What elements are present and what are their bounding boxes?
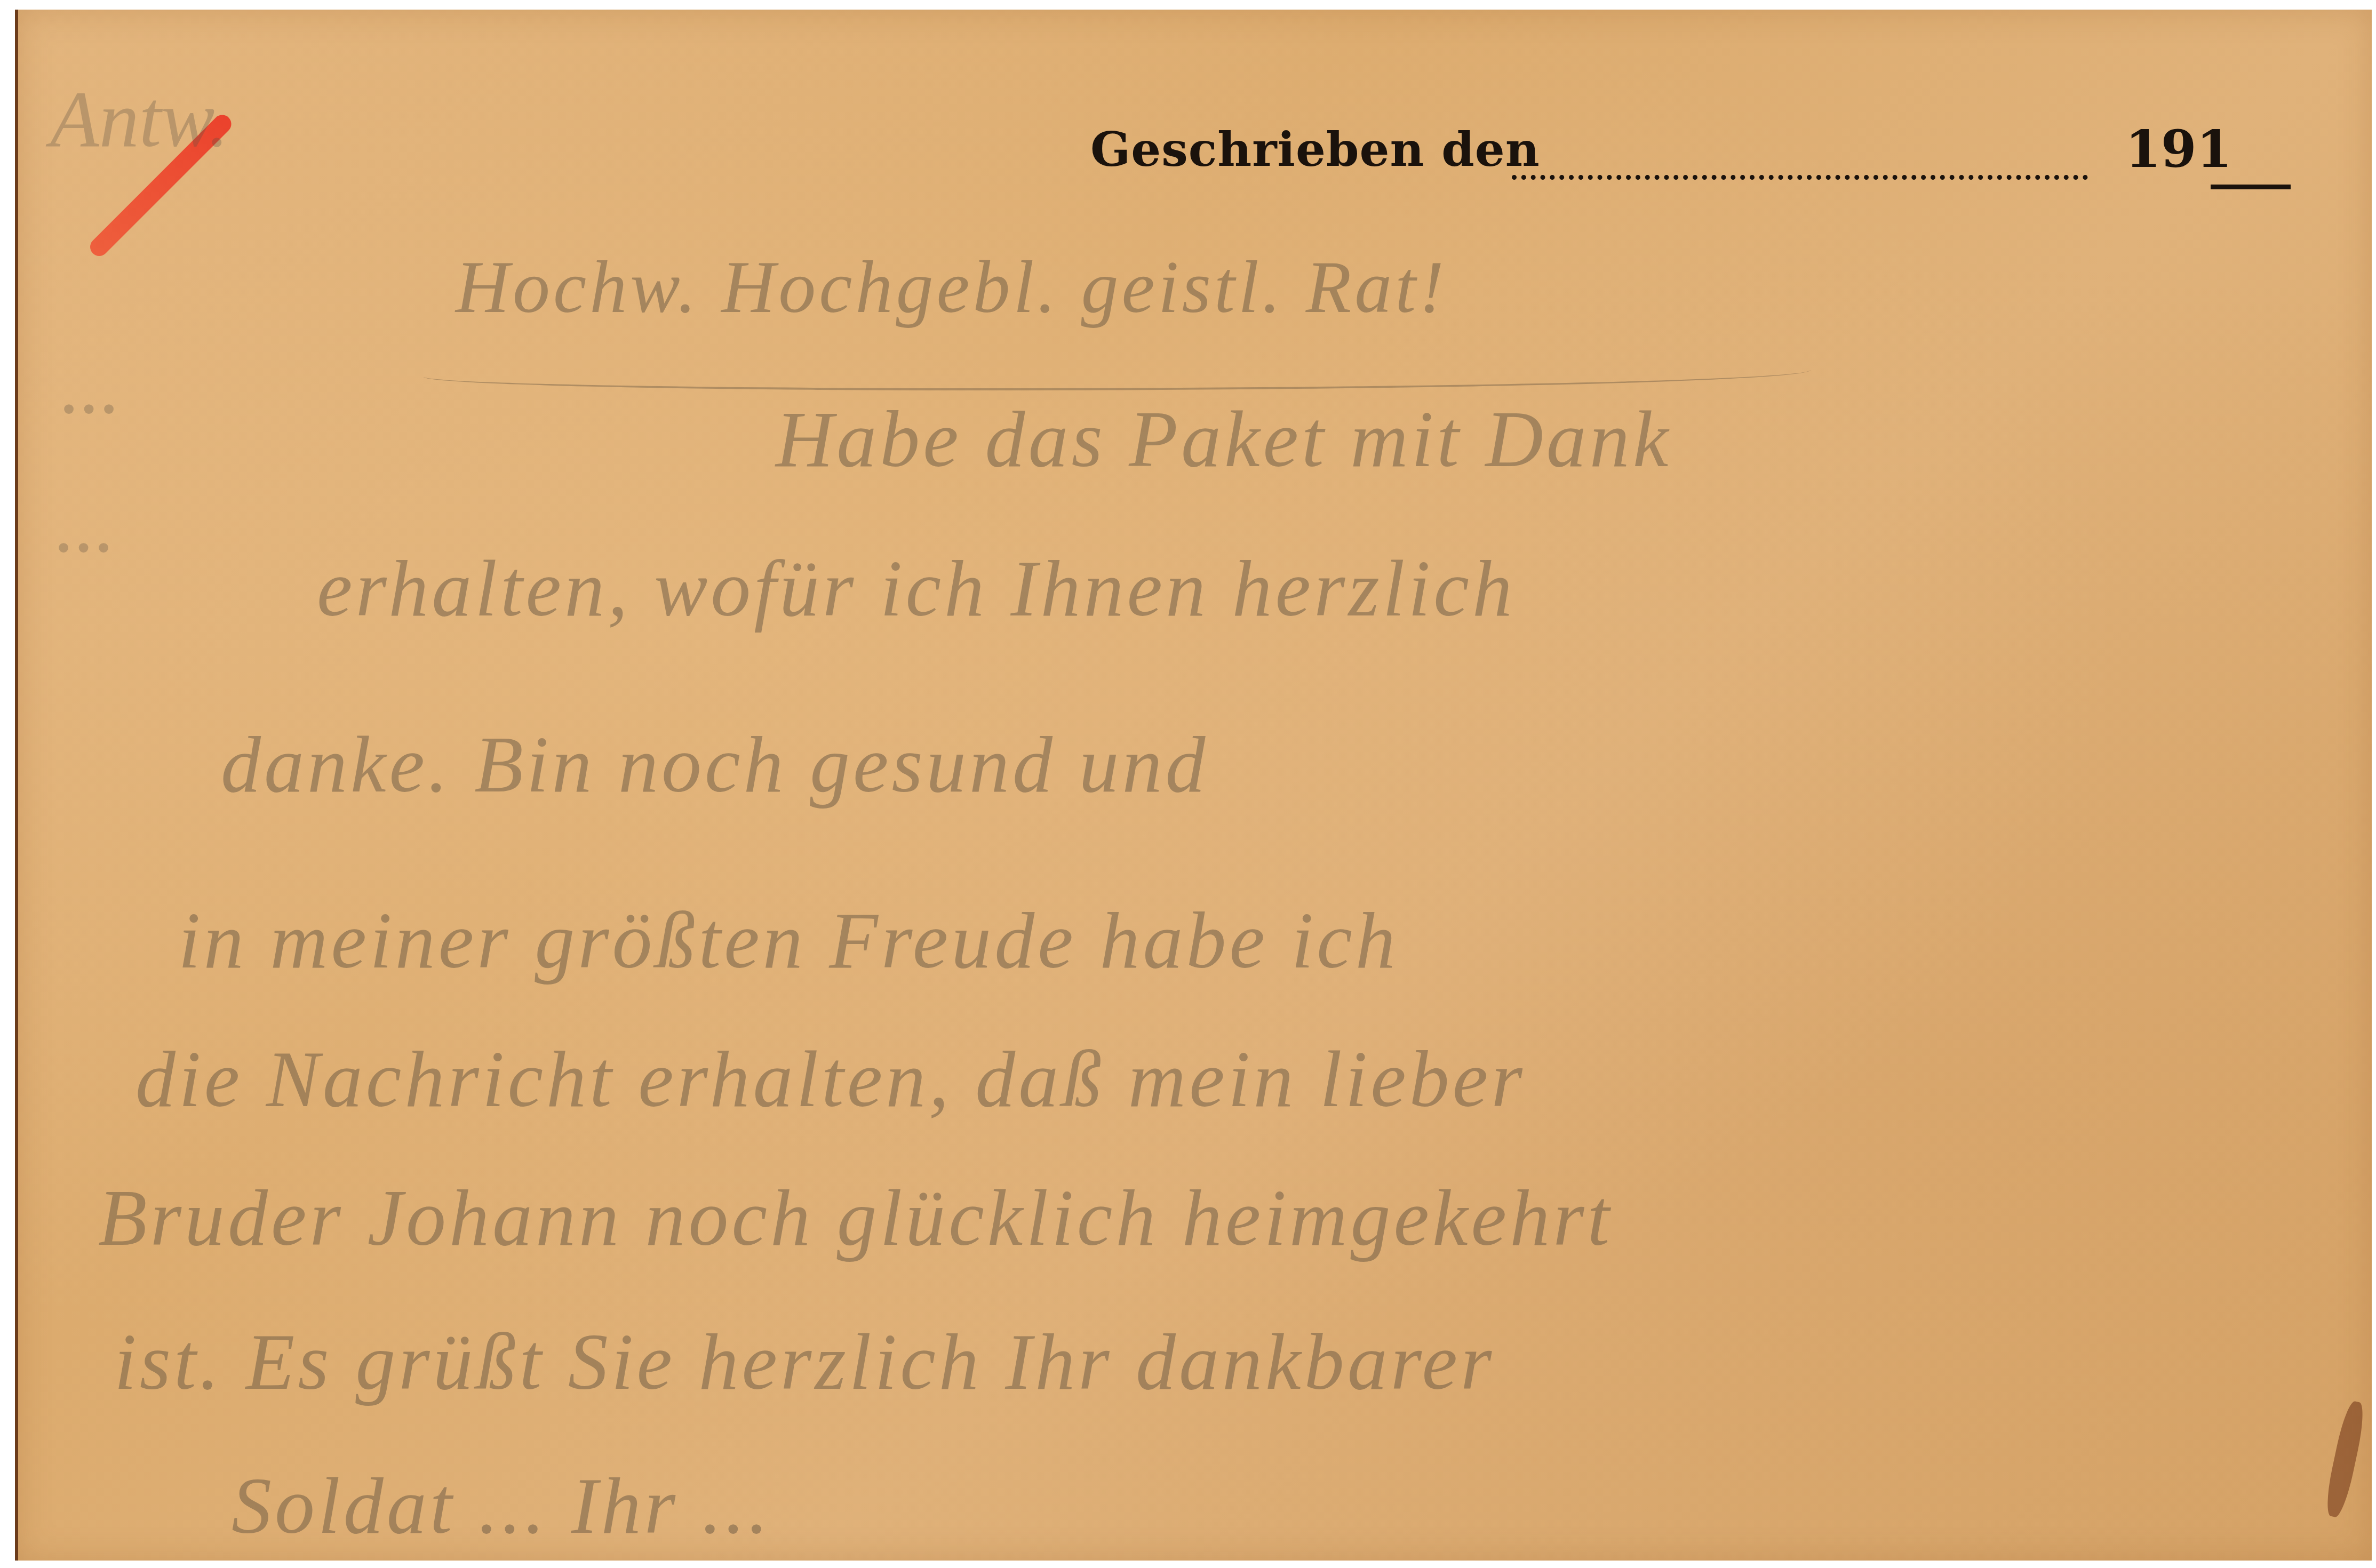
margin-scribble: ... bbox=[61, 340, 121, 432]
handwritten-line: Habe das Paket mit Dank bbox=[776, 394, 1671, 485]
margin-scribble: Antw. bbox=[50, 74, 229, 165]
salutation-underline bbox=[424, 356, 1811, 390]
handwritten-line: Soldat ... Ihr ... bbox=[232, 1460, 771, 1552]
edge-stain bbox=[2323, 1399, 2368, 1519]
handwritten-line: Bruder Johann noch glücklich heimgekehrt bbox=[98, 1172, 1613, 1264]
handwritten-line: erhalten, wofür ich Ihnen herzlich bbox=[317, 543, 1516, 635]
salutation: Hochw. Hochgebl. geistl. Rat! bbox=[456, 244, 1447, 330]
handwritten-line: die Nachricht erhalten, daß mein lieber bbox=[135, 1034, 1526, 1125]
margin-scribble: ... bbox=[55, 479, 116, 571]
year-fill-line bbox=[2211, 185, 2291, 189]
postcard: Antw. ... ... Geschrieben den 191 Hochw.… bbox=[15, 10, 2372, 1561]
date-fill-line bbox=[1512, 175, 2088, 180]
handwritten-line: in meiner größten Freude habe ich bbox=[178, 895, 1399, 987]
printed-date-label: Geschrieben den bbox=[1090, 122, 1540, 177]
printed-year-prefix: 191 bbox=[2125, 119, 2232, 179]
handwritten-line: danke. Bin noch gesund und bbox=[221, 719, 1208, 811]
handwritten-line: ist. Es grüßt Sie herzlich Ihr dankbarer bbox=[114, 1316, 1495, 1408]
